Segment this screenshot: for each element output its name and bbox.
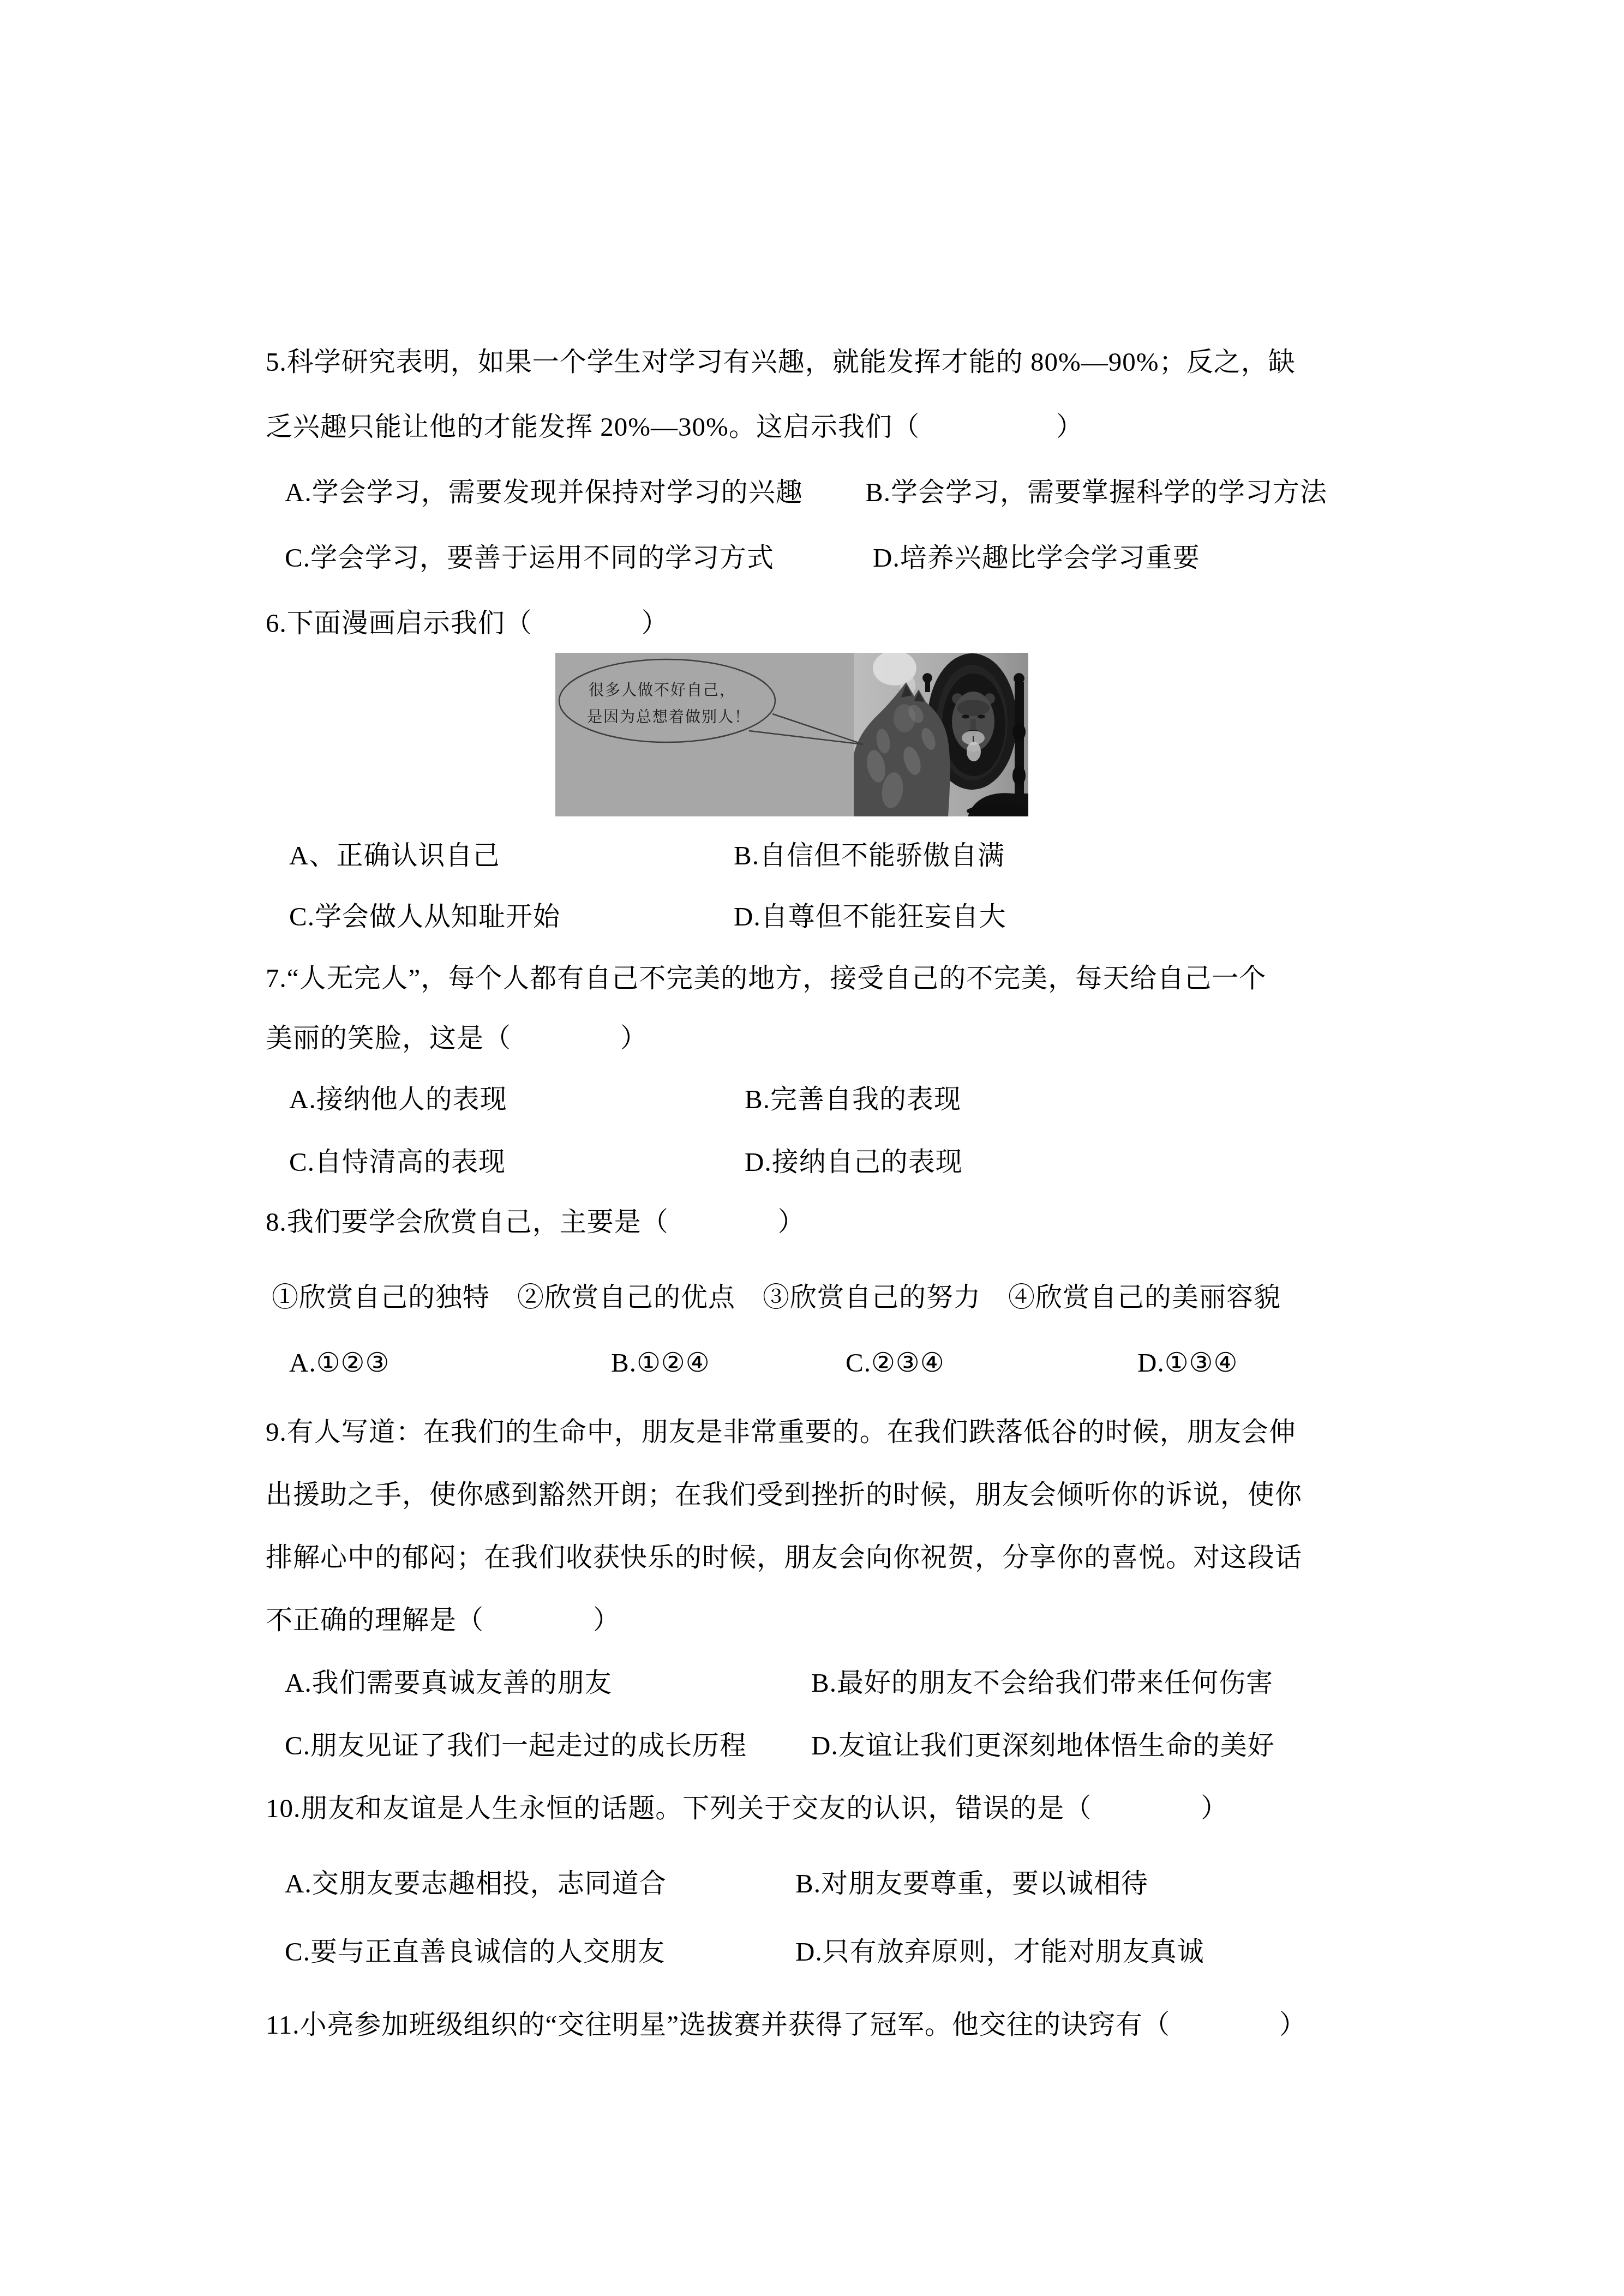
- lion-nose-bridge: [970, 719, 976, 730]
- lion-brow: [957, 700, 990, 716]
- q11-stem: 11.小亮参加班级组织的“交往明星”选拔赛并获得了冠军。他交往的诀窍有（ ）: [266, 2011, 1307, 2039]
- q6-options-cd: D.自尊但不能狂妄自大: [734, 903, 1006, 931]
- q8-options: C.②③④: [846, 1349, 945, 1377]
- q10-options-cd: C.要与正直善良诚信的人交朋友: [285, 1938, 665, 1966]
- stand-post-bulge-lower: [1012, 766, 1026, 785]
- q8-options: B.①②④: [611, 1349, 710, 1377]
- comic-figure: 很多人做不好自己， 是因为总想着做别人！: [555, 653, 1028, 816]
- q10-options-cd: D.只有放弃原则，才能对朋友真诚: [795, 1938, 1204, 1966]
- q9-options-ab: A.我们需要真诚友善的朋友: [285, 1669, 612, 1697]
- q9-stem-line4: 不正确的理解是（ ）: [266, 1606, 620, 1634]
- stand-finial-left-stem: [925, 681, 930, 692]
- q7-stem-line1: 7.“人无完人”，每个人都有自己不完美的地方，接受自己的不完美，每天给自己一个: [266, 964, 1266, 993]
- q9-stem-line3: 排解心中的郁闷；在我们收获快乐的时候，朋友会向你祝贺，分享你的喜悦。对这段话: [266, 1543, 1302, 1572]
- q7-options-cd: C.自恃清高的表现: [289, 1148, 506, 1176]
- cat-mirror-lion-cartoon: 很多人做不好自己， 是因为总想着做别人！: [555, 653, 1028, 816]
- q10-stem: 10.朋友和友谊是人生永恒的话题。下列关于交友的认识，错误的是（ ）: [266, 1794, 1228, 1823]
- speech-bubble-text-line1: 很多人做不好自己，: [589, 682, 736, 699]
- q5-stem-line1: 5.科学研究表明，如果一个学生对学习有兴趣，就能发挥才能的 80%—90%；反之…: [266, 348, 1296, 376]
- q6-options-cd: C.学会做人从知耻开始: [289, 903, 560, 931]
- q7-options-ab: A.接纳他人的表现: [289, 1085, 507, 1114]
- q5-options-ab: A.学会学习，需要发现并保持对学习的兴趣: [285, 478, 803, 507]
- q6-stem: 6.下面漫画启示我们（ ）: [266, 609, 669, 638]
- q6-options-ab: B.自信但不能骄傲自满: [734, 842, 1005, 870]
- q8-items: ①欣赏自己的独特 ②欣赏自己的优点 ③欣赏自己的努力 ④欣赏自己的美丽容貌: [272, 1283, 1281, 1312]
- q8-options: D.①③④: [1137, 1349, 1238, 1377]
- q5-stem-line2: 乏兴趣只能让他的才能发挥 20%—30%。这启示我们（ ）: [266, 413, 1083, 441]
- q8-stem: 8.我们要学会欣赏自己，主要是（ ）: [266, 1208, 805, 1236]
- q9-options-cd: C.朋友见证了我们一起走过的成长历程: [285, 1732, 747, 1760]
- lion-eye-right: [978, 715, 985, 719]
- q7-options-ab: B.完善自我的表现: [745, 1085, 961, 1114]
- q5-options-cd: D.培养兴趣比学会学习重要: [873, 544, 1200, 572]
- q10-options-ab: A.交朋友要志趣相投，志同道合: [285, 1870, 667, 1898]
- q6-options-ab: A、正确认识自己: [289, 842, 500, 870]
- lion-eye-left: [962, 715, 969, 719]
- q10-options-ab: B.对朋友要尊重，要以诚相待: [795, 1870, 1148, 1898]
- q9-options-ab: B.最好的朋友不会给我们带来任何伤害: [811, 1669, 1273, 1697]
- cat-mirror-photo: [854, 653, 1028, 816]
- speech-bubble-text-line2: 是因为总想着做别人！: [587, 708, 751, 725]
- exam-page: 5.科学研究表明，如果一个学生对学习有兴趣，就能发挥才能的 80%—90%；反之…: [0, 0, 1624, 2296]
- lion-beard: [967, 742, 981, 761]
- speech-bubble-ellipse: [559, 659, 775, 742]
- q7-options-cd: D.接纳自己的表现: [745, 1148, 963, 1176]
- q7-stem-line2: 美丽的笑脸，这是（ ）: [266, 1024, 648, 1053]
- q9-stem-line2: 出援助之手，使你感到豁然开朗；在我们受到挫折的时候，朋友会倾听你的诉说，使你: [266, 1481, 1302, 1509]
- stand-post-bulge-upper: [1012, 723, 1026, 741]
- q8-options: A.①②③: [289, 1349, 389, 1377]
- q5-options-ab: B.学会学习，需要掌握科学的学习方法: [865, 478, 1327, 507]
- q5-options-cd: C.学会学习，要善于运用不同的学习方式: [285, 544, 774, 572]
- lion-reflection: [942, 674, 1005, 776]
- q9-options-cd: D.友谊让我们更深刻地体悟生命的美好: [811, 1732, 1275, 1760]
- q9-stem-line1: 9.有人写道：在我们的生命中，朋友是非常重要的。在我们跌落低谷的时候，朋友会伸: [266, 1418, 1296, 1446]
- stand-post-right: [1015, 682, 1024, 808]
- stand-finial-right: [1014, 673, 1024, 684]
